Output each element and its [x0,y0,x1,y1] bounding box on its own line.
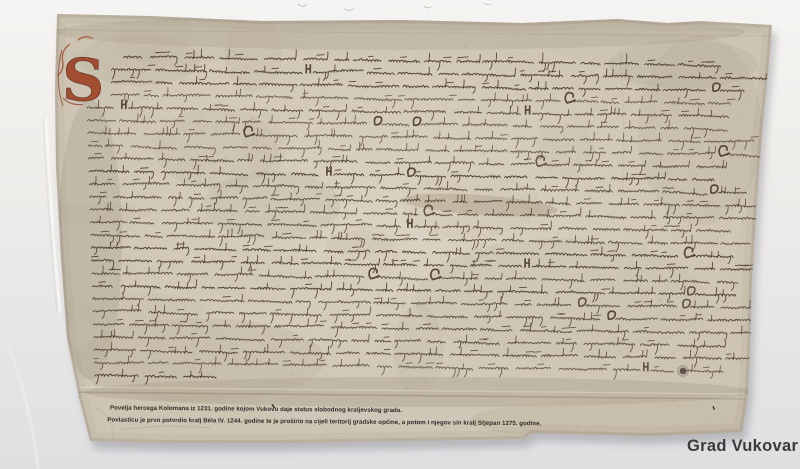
grad-vukovar-label: Grad Vukovar [687,437,798,456]
illuminated-initial-letter: S [62,46,105,115]
charter-photo: S Povelja hercega Kolomana iz 1231. godi… [0,0,800,469]
wormhole-spot [680,368,687,375]
photo: S Povelja hercega Kolomana iz 1231. godi… [0,0,800,469]
